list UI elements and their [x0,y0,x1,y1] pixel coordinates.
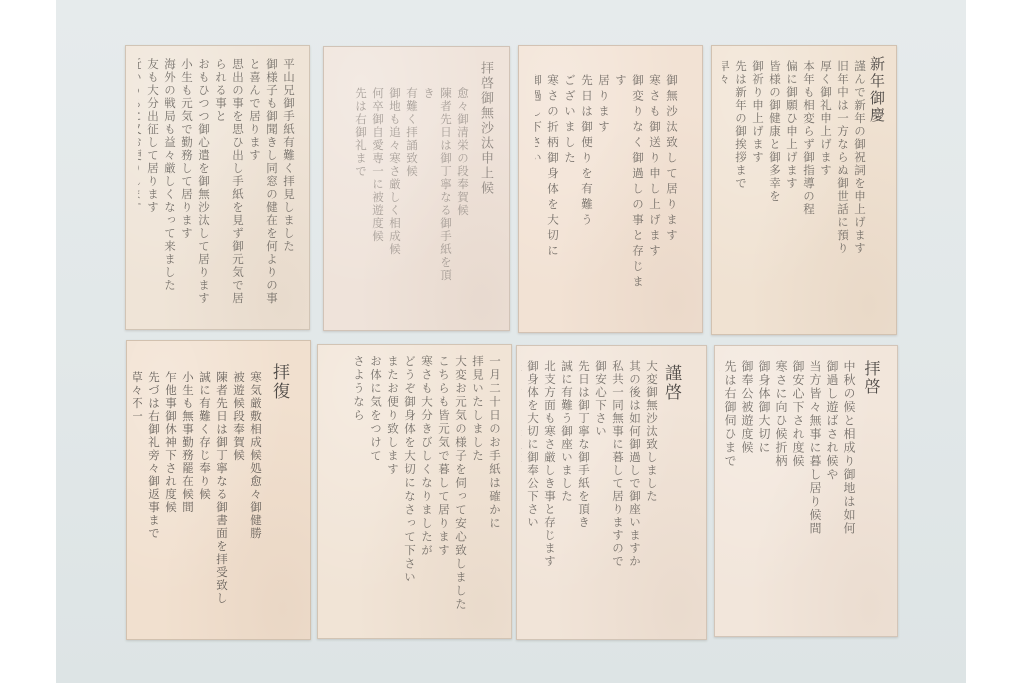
postcard-top-2: 拝啓御無沙汰申上候 愈々御清栄の段奉賀候 陳者先日は御丁寧なる御手紙を頂き 有難… [323,46,510,331]
postcard-text: 寒気厳敷相成候処愈々御健勝 被遊候段奉賀候 陳者先日は御丁寧なる御書面を拝受致し… [133,371,264,627]
postcard-text: 平山兄御手紙有難く拝見しました 御様子も御聞きし同窓の健在を何よりの事と喜んで居… [138,58,297,317]
postcard-bottom-4: 拝啓 中秋の候と相成り御地は如何 御過し遊ばされ候や 当方皆々無事に暮し居り候間… [714,345,898,637]
postcard-heading: 拝啓御無沙汰申上候 [476,61,495,196]
postcard-text: 御無沙汰致して居ります 寒さも御送り申し上げます 御変りなく御過しの事と存じます… [535,74,680,292]
postcard-top-3: 御無沙汰致して居ります 寒さも御送り申し上げます 御変りなく御過しの事と存じます… [518,45,703,333]
postcard-heading: 新年御慶 [867,56,888,124]
postcard-heading: 拝啓 [860,360,883,396]
postcard-bottom-1: 拝復 寒気厳敷相成候処愈々御健勝 被遊候段奉賀候 陳者先日は御丁寧なる御書面を拝… [126,340,311,640]
postcard-text: 謹んで新年の御祝詞を申上げます 旧年中は一方ならぬ御世話に預り 厚く御礼申上げま… [722,60,868,320]
postcard-heading: 謹啓 [659,364,684,402]
postcard-text: 大変御無沙汰致しました 其の後は如何御過しで御座いますか 私共一同無事に暮して居… [521,360,660,625]
postcard-top-4: 新年御慶 謹んで新年の御祝詞を申上げます 旧年中は一方ならぬ御世話に預り 厚く御… [711,45,897,335]
postcard-text: 愈々御清栄の段奉賀候 陳者先日は御丁寧なる御手紙を頂き 有難く拝誦致候 御地も追… [354,87,471,290]
postcard-top-1: 平山兄御手紙有難く拝見しました 御様子も御聞きし同窓の健在を何よりの事と喜んで居… [125,45,310,330]
postcard-bottom-2: 一月二十日のお手紙は確かに 拝見いたしました 大変お元気の様子を伺って安心致しま… [317,344,512,639]
postcard-heading: 拝復 [267,363,292,401]
postcard-text: 中秋の候と相成り御地は如何 御過し遊ばされ候や 当方皆々無事に暮し居り候間 御安… [719,360,857,622]
postcard-text: 一月二十日のお手紙は確かに 拝見いたしました 大変お元気の様子を伺って安心致しま… [326,355,503,626]
postcard-bottom-3: 謹啓 大変御無沙汰致しました 其の後は如何御過しで御座いますか 私共一同無事に暮… [516,345,707,640]
